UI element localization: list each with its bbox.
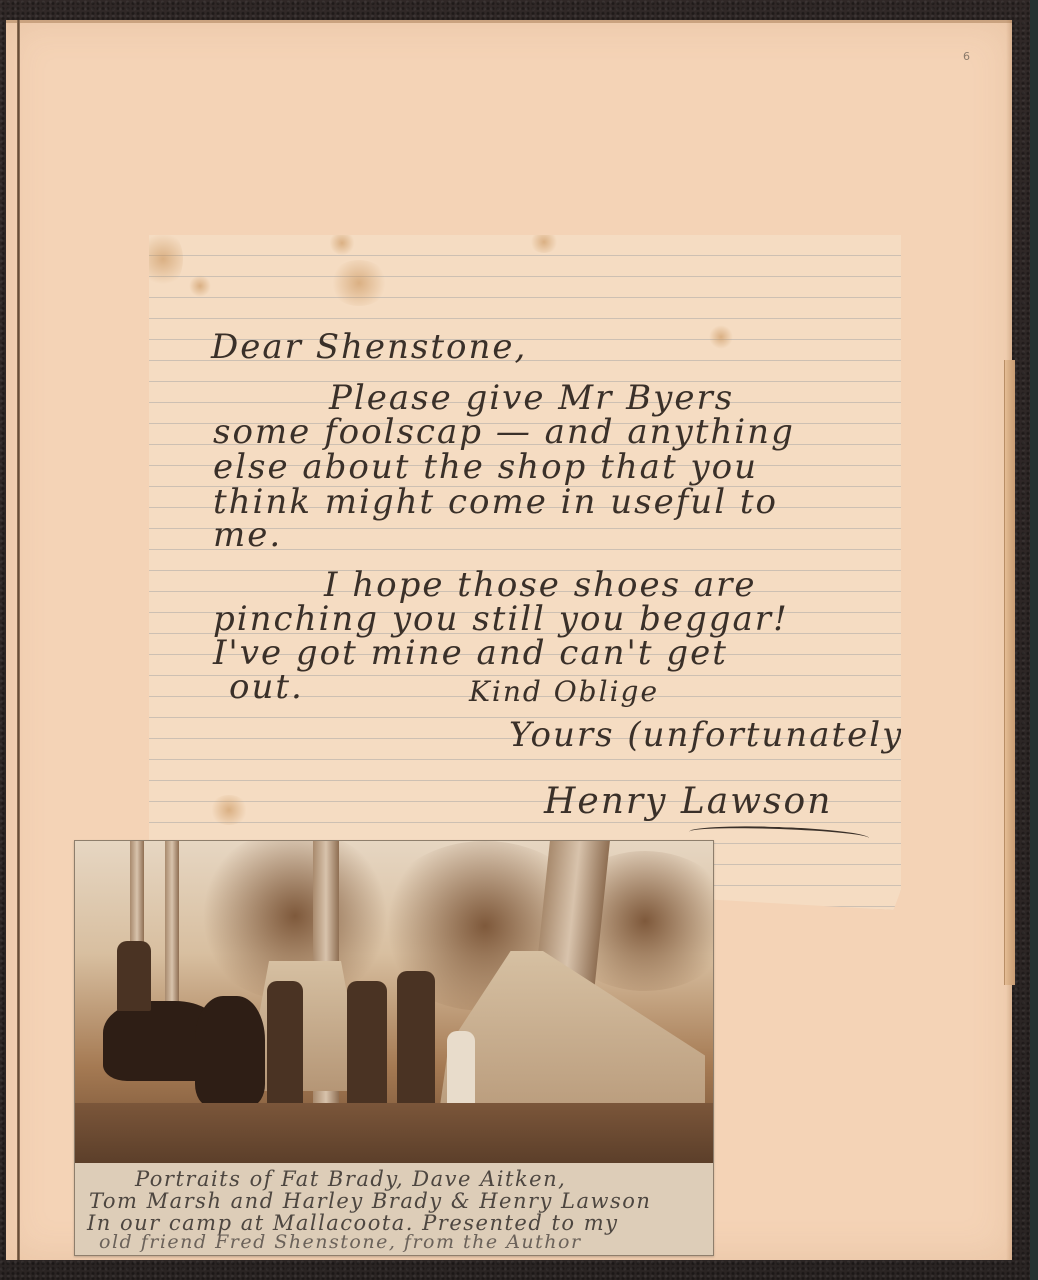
letter-line: think might come in useful to (213, 482, 778, 522)
photograph-card: Portraits of Fat Brady, Dave Aitken, Tom… (74, 840, 714, 1256)
foxing-stain (209, 795, 249, 825)
page-stack-edge (1004, 360, 1015, 985)
spine-gutter (17, 20, 20, 1260)
page-top-edge (6, 20, 1012, 23)
caption-line: old friend Fred Shenstone, from the Auth… (99, 1231, 582, 1253)
letter-line: out. (229, 667, 304, 707)
signature-flourish (689, 824, 869, 846)
letter-line: else about the shop that you (213, 447, 758, 487)
photo-caption: Portraits of Fat Brady, Dave Aitken, Tom… (75, 1163, 713, 1255)
handwritten-letter: Dear Shenstone, Please give Mr Byers som… (149, 235, 901, 910)
letter-signature: Henry Lawson (544, 781, 832, 822)
caption-line: Portraits of Fat Brady, Dave Aitken, (135, 1167, 566, 1191)
foxing-stain (189, 275, 211, 297)
ground (75, 1103, 713, 1163)
letter-line: some foolscap — and anything (213, 412, 795, 452)
caption-line: Tom Marsh and Harley Brady & Henry Lawso… (89, 1189, 651, 1213)
album-page: 6 Dear Shenstone, Please give Mr Byers s… (6, 20, 1012, 1260)
camp-photograph (75, 841, 713, 1163)
page-number: 6 (963, 50, 970, 63)
letter-closing: Kind Oblige (469, 675, 659, 708)
foxing-stain (709, 325, 733, 349)
letter-closing: Yours (unfortunately) (509, 715, 919, 755)
foxing-stain (529, 231, 559, 253)
rider-figure (117, 941, 151, 1011)
foxing-stain (143, 229, 183, 289)
letter-salutation: Dear Shenstone, (211, 327, 527, 367)
foxing-stain (329, 260, 389, 306)
foxing-stain (329, 231, 355, 255)
horse (195, 996, 265, 1106)
cover-edge (1030, 0, 1038, 1280)
letter-line: me. (213, 515, 282, 555)
